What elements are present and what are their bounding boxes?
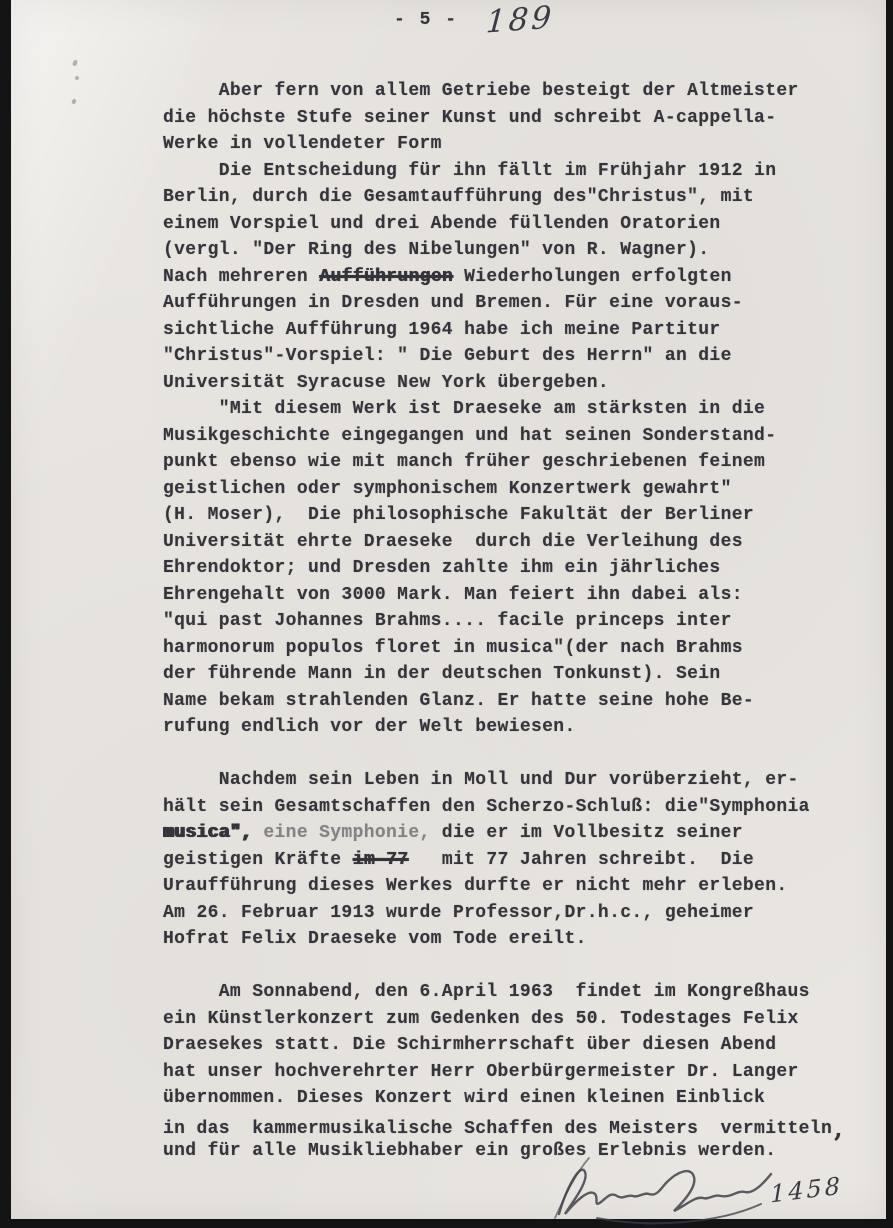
text-line: Nach mehreren Aufführungen Wiederholunge… xyxy=(163,264,843,291)
text-line: Berlin, durch die Gesamtaufführung des"C… xyxy=(163,184,843,211)
text-line: Am 26. Februar 1913 wurde Professor,Dr.h… xyxy=(163,900,843,927)
handwritten-page-number: 189 xyxy=(485,0,556,41)
text-line: der führende Mann in der deutschen Tonku… xyxy=(163,661,843,688)
scan-speck xyxy=(71,98,76,104)
text-line: Hofrat Felix Draeseke vom Tode ereilt. xyxy=(163,926,843,953)
typed-text: Aber fern von allem Getriebe besteigt de… xyxy=(163,78,843,1165)
page-number: - 5 - xyxy=(394,10,458,30)
text-line: einem Vorspiel und drei Abende füllenden… xyxy=(163,211,843,238)
text-line: Universität ehrte Draeseke durch die Ver… xyxy=(163,529,843,556)
text-line: Draesekes statt. Die Schirmherrschaft üb… xyxy=(163,1032,843,1059)
signature-handwriting xyxy=(545,1148,780,1228)
text-line: hat unser hochverehrter Herr Oberbürgerm… xyxy=(163,1059,843,1086)
text-line: Nachdem sein Leben in Moll und Dur vorüb… xyxy=(163,767,843,794)
text-line: Uraufführung dieses Werkes durfte er nic… xyxy=(163,873,843,900)
text-line: punkt ebenso wie mit manch früher geschr… xyxy=(163,449,843,476)
text-line xyxy=(163,741,843,768)
text-line: die höchste Stufe seiner Kunst und schre… xyxy=(163,105,843,132)
text-line: musica", eine Symphonie, die er im Vollb… xyxy=(163,820,843,847)
text-line: rufung endlich vor der Welt bewiesen. xyxy=(163,714,843,741)
text-line: "Mit diesem Werk ist Draeseke am stärkst… xyxy=(163,396,843,423)
text-line: (vergl. "Der Ring des Nibelungen" von R.… xyxy=(163,237,843,264)
text-line: Die Entscheidung für ihn fällt im Frühja… xyxy=(163,158,843,185)
text-line: geistlichen oder symphonischem Konzertwe… xyxy=(163,476,843,503)
text-line: Werke in vollendeter Form xyxy=(163,131,843,158)
text-line: Ehrengehalt von 3000 Mark. Man feiert ih… xyxy=(163,582,843,609)
scanned-page: { "colors": { "paper": "#e9e6e1", "frame… xyxy=(0,0,893,1228)
text-line: (H. Moser), Die philosophische Fakultät … xyxy=(163,502,843,529)
text-line: Name bekam strahlenden Glanz. Er hatte s… xyxy=(163,688,843,715)
scan-speck xyxy=(72,59,78,66)
text-line: übernommen. Dieses Konzert wird einen kl… xyxy=(163,1085,843,1112)
text-line: sichtliche Aufführung 1964 habe ich mein… xyxy=(163,317,843,344)
text-line: "Christus"-Vorspiel: " Die Geburt des He… xyxy=(163,343,843,370)
text-line xyxy=(163,953,843,980)
text-line: ein Künstlerkonzert zum Gedenken des 50.… xyxy=(163,1006,843,1033)
text-line: "qui past Johannes Brahms.... facile pri… xyxy=(163,608,843,635)
text-line: Musikgeschichte eingegangen und hat sein… xyxy=(163,423,843,450)
text-line: Am Sonnabend, den 6.April 1963 findet im… xyxy=(163,979,843,1006)
text-line: geistigen Kräfte im-77 mit 77 Jahren sch… xyxy=(163,847,843,874)
scan-speck xyxy=(74,75,79,80)
text-line: in das kammermusikalische Schaffen des M… xyxy=(163,1112,843,1139)
text-line: Aber fern von allem Getriebe besteigt de… xyxy=(163,78,843,105)
text-line: Ehrendoktor; und Dresden zahlte ihm ein … xyxy=(163,555,843,582)
text-line: harmonorum populos floret in musica"(der… xyxy=(163,635,843,662)
text-line: Universität Syracuse New York übergeben. xyxy=(163,370,843,397)
text-line: hält sein Gesamtschaffen den Scherzo-Sch… xyxy=(163,794,843,821)
text-line: Aufführungen in Dresden und Bremen. Für … xyxy=(163,290,843,317)
